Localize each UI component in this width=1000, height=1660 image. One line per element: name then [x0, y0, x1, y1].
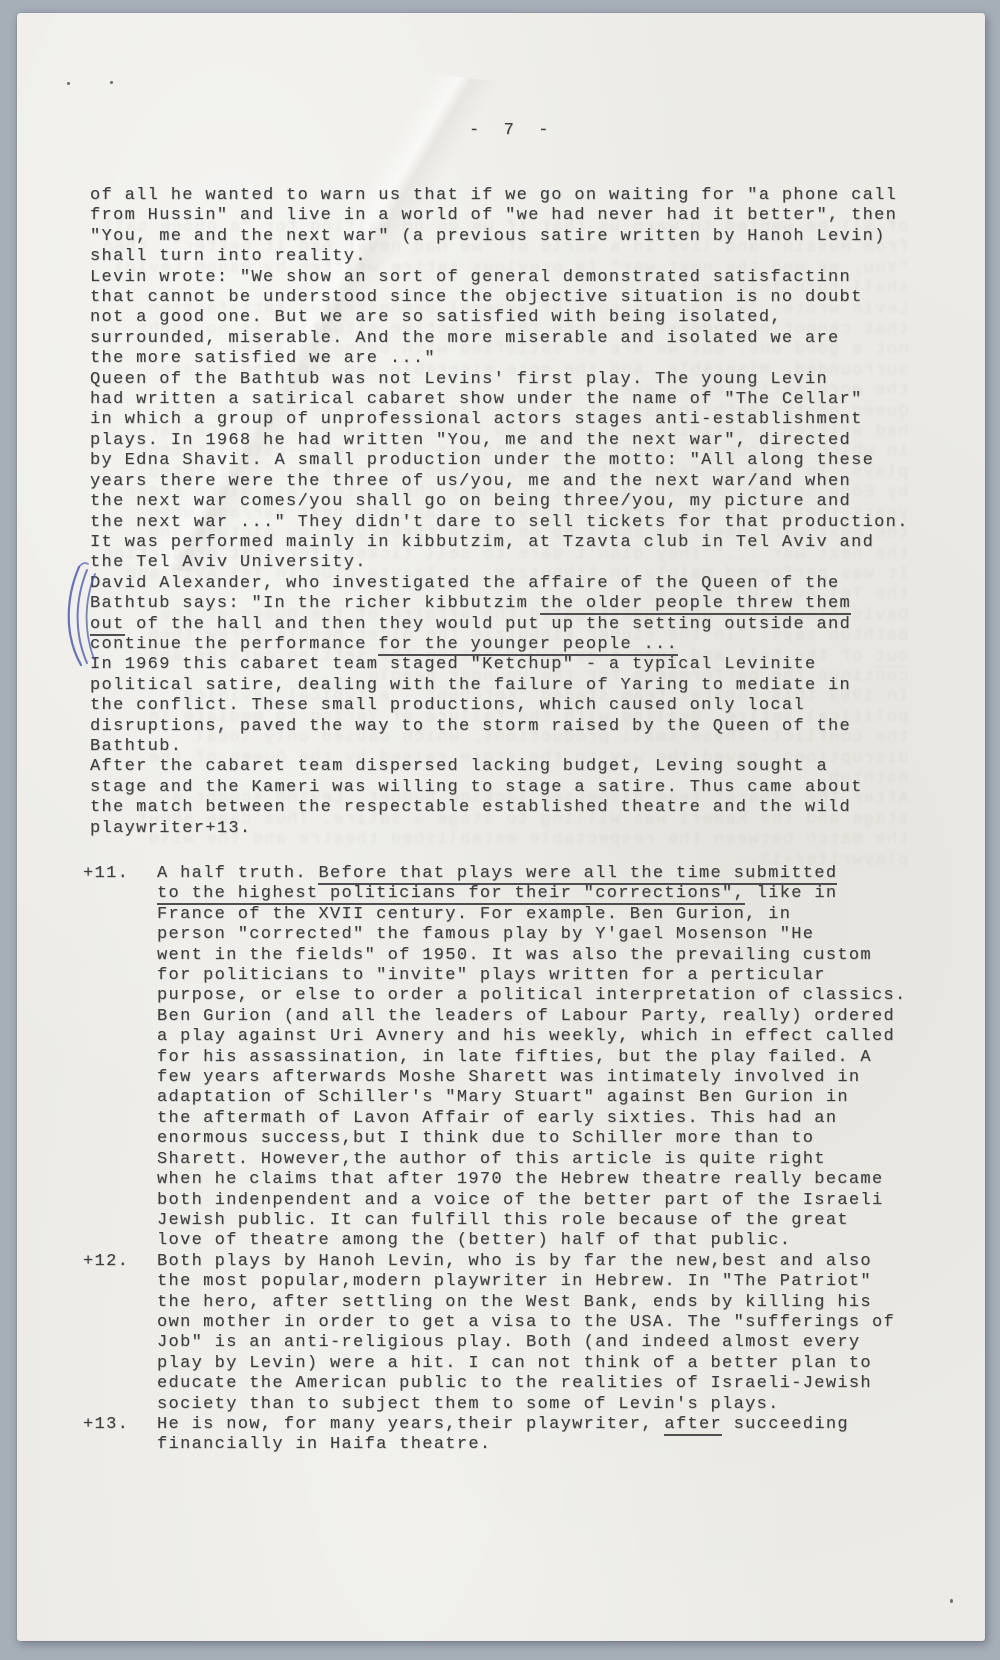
- text-line: in which a group of unprofessional actor…: [90, 410, 909, 430]
- text-line: when he claims that after 1970 the Hebre…: [157, 1170, 907, 1190]
- text-line: enormous success,but I think due to Schi…: [157, 1129, 907, 1149]
- text-line: from Hussin" and live in a world of "we …: [90, 206, 909, 226]
- text-line: After the cabaret team dispersed lacking…: [90, 757, 909, 777]
- text-line: the match between the respectable establ…: [90, 798, 909, 818]
- text-line: France of the XVII century. For example.…: [157, 905, 907, 925]
- footnote: +11.A half truth. Before that plays were…: [90, 864, 907, 1252]
- text-line: shall turn into reality.: [90, 247, 909, 267]
- text-line: that cannot be understood since the obje…: [90, 288, 909, 308]
- text-line: of all he wanted to warn us that if we g…: [90, 186, 909, 206]
- paper-speck: [110, 81, 113, 84]
- text-line: educate the American public to the reali…: [157, 1374, 907, 1394]
- body-text: of all he wanted to warn us that if we g…: [90, 186, 909, 839]
- text-line: plays. In 1968 he had written "You, me a…: [90, 431, 909, 451]
- text-line: few years afterwards Moshe Sharett was i…: [157, 1068, 907, 1088]
- text-line: out of the hall and then they would put …: [90, 615, 909, 635]
- text-line: "You, me and the next war" (a previous s…: [90, 227, 909, 247]
- text-line: a play against Uri Avnery and his weekly…: [157, 1027, 907, 1047]
- text-line: Bathtub says: "In the richer kibbutzim t…: [90, 594, 909, 614]
- text-line: not a good one. But we are so satisfied …: [90, 308, 909, 328]
- text-line: the most popular,modern playwriter in He…: [157, 1272, 907, 1292]
- text-line: the Tel Aviv University.: [90, 553, 909, 573]
- text-line: for his assassination, in late fifties, …: [157, 1048, 907, 1068]
- footnotes: +11.A half truth. Before that plays were…: [90, 864, 907, 1456]
- paper-speck: [950, 1599, 953, 1603]
- footnote: +12.Both plays by Hanoh Levin, who is by…: [90, 1252, 907, 1415]
- text-line: stage and the Kameri was willing to stag…: [90, 778, 909, 798]
- underlined-text: Before that plays were all the time subm…: [318, 864, 837, 885]
- text-line: the hero, after settling on the West Ban…: [157, 1293, 907, 1313]
- text-line: had written a satirical cabaret show und…: [90, 390, 909, 410]
- text-line: political satire, dealing with the failu…: [90, 676, 909, 696]
- text-line: the aftermath of Lavon Affair of early s…: [157, 1109, 907, 1129]
- text-line: the more satisfied we are ...": [90, 349, 909, 369]
- text-line: Sharett. However,the author of this arti…: [157, 1150, 907, 1170]
- text-line: In 1969 this cabaret team staged "Ketchu…: [90, 655, 909, 675]
- page-number: - 7 -: [469, 121, 550, 141]
- text-line: It was performed mainly in kibbutzim, at…: [90, 533, 909, 553]
- text-line: went in the fields" of 1950. It was also…: [157, 946, 907, 966]
- text-line: own mother in order to get a visa to the…: [157, 1313, 907, 1333]
- text-line: Bathtub.: [90, 737, 909, 757]
- text-line: A half truth. Before that plays were all…: [157, 864, 907, 884]
- text-line: for politicians to "invite" plays writte…: [157, 966, 907, 986]
- text-line: continue the performance for the younger…: [90, 635, 909, 655]
- paper-speck: [67, 82, 70, 85]
- text-line: the next war ..." They didn't dare to se…: [90, 513, 909, 533]
- text-line: both indenpendent and a voice of the bet…: [157, 1191, 907, 1211]
- underlined-text: for the younger people ...: [378, 635, 678, 656]
- underlined-text: out: [90, 615, 125, 636]
- text-line: years there were the three of us/you, me…: [90, 472, 909, 492]
- text-line: surrounded, miserable. And the more mise…: [90, 329, 909, 349]
- text-line: Jewish public. It can fulfill this role …: [157, 1211, 907, 1231]
- text-line: the conflict. These small productions, w…: [90, 696, 909, 716]
- footnote-number: +12.: [83, 1252, 129, 1272]
- text-line: David Alexander, who investigated the af…: [90, 574, 909, 594]
- text-line: financially in Haifa theatre.: [157, 1435, 907, 1455]
- underlined-text: to the highest politicians for their "co…: [157, 884, 745, 905]
- text-line: Job" is an anti-religious play. Both (an…: [157, 1333, 907, 1353]
- footnote: +13.He is now, for many years,their play…: [90, 1415, 907, 1456]
- text-line: society than to subject them to some of …: [157, 1395, 907, 1415]
- text-line: purpose, or else to order a political in…: [157, 986, 907, 1006]
- text-line: Both plays by Hanoh Levin, who is by far…: [157, 1252, 907, 1272]
- text-line: play by Levin) were a hit. I can not thi…: [157, 1354, 907, 1374]
- text-line: disruptions, paved the way to the storm …: [90, 717, 909, 737]
- text-line: person "corrected" the famous play by Y'…: [157, 925, 907, 945]
- text-line: He is now, for many years,their playwrit…: [157, 1415, 907, 1435]
- page: of all he wanted to warn us that if we g…: [17, 13, 985, 1641]
- text-line: Levin wrote: "We show an sort of general…: [90, 268, 909, 288]
- text-line: Queen of the Bathtub was not Levins' fir…: [90, 370, 909, 390]
- text-line: the next war comes/you shall go on being…: [90, 492, 909, 512]
- footnote-number: +13.: [83, 1415, 129, 1435]
- text-line: playwriter+13.: [90, 819, 909, 839]
- text-line: by Edna Shavit. A small production under…: [90, 451, 909, 471]
- text-line: Ben Gurion (and all the leaders of Labou…: [157, 1007, 907, 1027]
- text-line: love of theatre among the (better) half …: [157, 1231, 907, 1251]
- text-line: adaptation of Schiller's "Mary Stuart" a…: [157, 1088, 907, 1108]
- text-line: to the highest politicians for their "co…: [157, 884, 907, 904]
- footnote-number: +11.: [83, 864, 129, 884]
- underlined-text: after: [664, 1415, 722, 1436]
- underlined-text: the older people threw them: [540, 594, 851, 615]
